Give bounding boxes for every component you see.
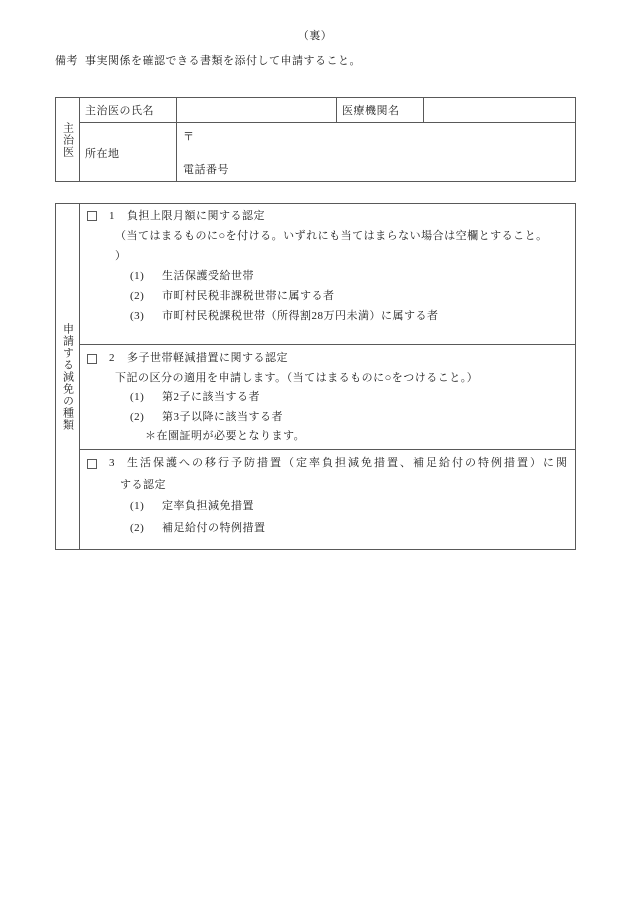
address-line: 〒 bbox=[183, 128, 570, 144]
section-2-title: 多子世帯軽減措置に関する認定 bbox=[127, 349, 288, 369]
option-number: (1) bbox=[130, 266, 162, 286]
option-number: (2) bbox=[130, 408, 162, 428]
section-2-title-row: 2 多子世帯軽減措置に関する認定 bbox=[80, 349, 576, 369]
section-3-option-2[interactable]: (2) 補足給付の特例措置 bbox=[80, 518, 576, 540]
physician-table: 主治医 主治医の氏名 医療機関名 所在地 〒 電話番号 bbox=[55, 97, 576, 182]
section-1-number: 1 bbox=[109, 206, 127, 226]
postal-mark: 〒 bbox=[183, 131, 195, 143]
section-3-title-line-1: 生活保護への移行予防措置（定率負担減免措置、補足給付の特例措置）に関 bbox=[127, 453, 569, 475]
section-1-option-2[interactable]: (2) 市町村民税非課税世帯に属する者 bbox=[80, 286, 576, 306]
section-3-welfare-transition-prevention: 3 生活保護への移行予防措置（定率負担減免措置、補足給付の特例措置）に関 する認… bbox=[79, 449, 576, 549]
section-2-footnote: ＊在園証明が必要となります。 bbox=[80, 427, 576, 447]
address-cell[interactable]: 〒 電話番号 bbox=[176, 122, 576, 182]
section-2-checkbox[interactable] bbox=[87, 354, 97, 364]
section-2-multi-child-reduction: 2 多子世帯軽減措置に関する認定 下記の区分の適用を申請します。（当てはまるもの… bbox=[79, 344, 576, 449]
option-text: 定率負担減免措置 bbox=[162, 496, 254, 518]
option-number: (3) bbox=[130, 306, 162, 326]
option-number: (2) bbox=[130, 286, 162, 306]
section-3-title-line-2: する認定 bbox=[80, 475, 576, 497]
section-2-option-1[interactable]: (1) 第2子に該当する者 bbox=[80, 388, 576, 408]
medical-institution-label: 医療機関名 bbox=[336, 98, 423, 122]
physician-name-field[interactable] bbox=[176, 98, 336, 122]
document-page: （裏） 備考事実関係を確認できる書類を添付して申請すること。 主治医 主治医の氏… bbox=[0, 0, 630, 903]
remarks-line: 備考事実関係を確認できる書類を添付して申請すること。 bbox=[55, 52, 361, 68]
section-1-title-row: 1 負担上限月額に関する認定 bbox=[80, 206, 576, 226]
phone-line: 電話番号 bbox=[183, 161, 570, 177]
section-1-option-3[interactable]: (3) 市町村民税課税世帯（所得割28万円未満）に属する者 bbox=[80, 306, 576, 326]
option-text: 補足給付の特例措置 bbox=[162, 518, 266, 540]
remarks-label: 備考 bbox=[55, 55, 78, 67]
section-2-instruction-line: 下記の区分の適用を申請します。（当てはまるものに○をつけること。） bbox=[80, 369, 576, 389]
exemption-table-row-header: 申請する減免の種類 bbox=[56, 204, 79, 549]
section-1-option-1[interactable]: (1) 生活保護受給世帯 bbox=[80, 266, 576, 286]
section-1-title: 負担上限月額に関する認定 bbox=[127, 206, 265, 226]
option-text: 市町村民税課税世帯（所得割28万円未満）に属する者 bbox=[162, 306, 439, 326]
exemption-table: 申請する減免の種類 1 負担上限月額に関する認定 （当てはまるものに○を付ける。… bbox=[55, 203, 576, 550]
option-number: (2) bbox=[130, 518, 162, 540]
address-label: 所在地 bbox=[79, 122, 176, 182]
physician-table-row-header: 主治医 bbox=[56, 98, 79, 182]
option-text: 第2子に該当する者 bbox=[162, 388, 260, 408]
phone-label: 電話番号 bbox=[183, 164, 229, 176]
section-3-option-1[interactable]: (1) 定率負担減免措置 bbox=[80, 496, 576, 518]
section-1-instruction-line-1: （当てはまるものに○を付ける。いずれにも当てはまらない場合は空欄とすること。 bbox=[80, 226, 576, 246]
option-number: (1) bbox=[130, 388, 162, 408]
option-text: 第3子以降に該当する者 bbox=[162, 408, 283, 428]
physician-name-label: 主治医の氏名 bbox=[79, 98, 176, 122]
section-3-number: 3 bbox=[109, 453, 127, 475]
option-number: (1) bbox=[130, 496, 162, 518]
option-text: 生活保護受給世帯 bbox=[162, 266, 254, 286]
option-text: 市町村民税非課税世帯に属する者 bbox=[162, 286, 335, 306]
section-1-monthly-cap-certification: 1 負担上限月額に関する認定 （当てはまるものに○を付ける。いずれにも当てはまら… bbox=[79, 204, 576, 344]
section-3-checkbox[interactable] bbox=[87, 459, 97, 469]
medical-institution-field[interactable] bbox=[423, 98, 576, 122]
section-1-checkbox[interactable] bbox=[87, 211, 97, 221]
page-side-label: （裏） bbox=[0, 27, 630, 43]
remarks-text: 事実関係を確認できる書類を添付して申請すること。 bbox=[85, 55, 361, 67]
section-2-option-2[interactable]: (2) 第3子以降に該当する者 bbox=[80, 408, 576, 428]
section-2-number: 2 bbox=[109, 349, 127, 369]
section-1-instruction-line-2: ） bbox=[80, 246, 576, 266]
section-3-title-row: 3 生活保護への移行予防措置（定率負担減免措置、補足給付の特例措置）に関 bbox=[80, 453, 576, 475]
